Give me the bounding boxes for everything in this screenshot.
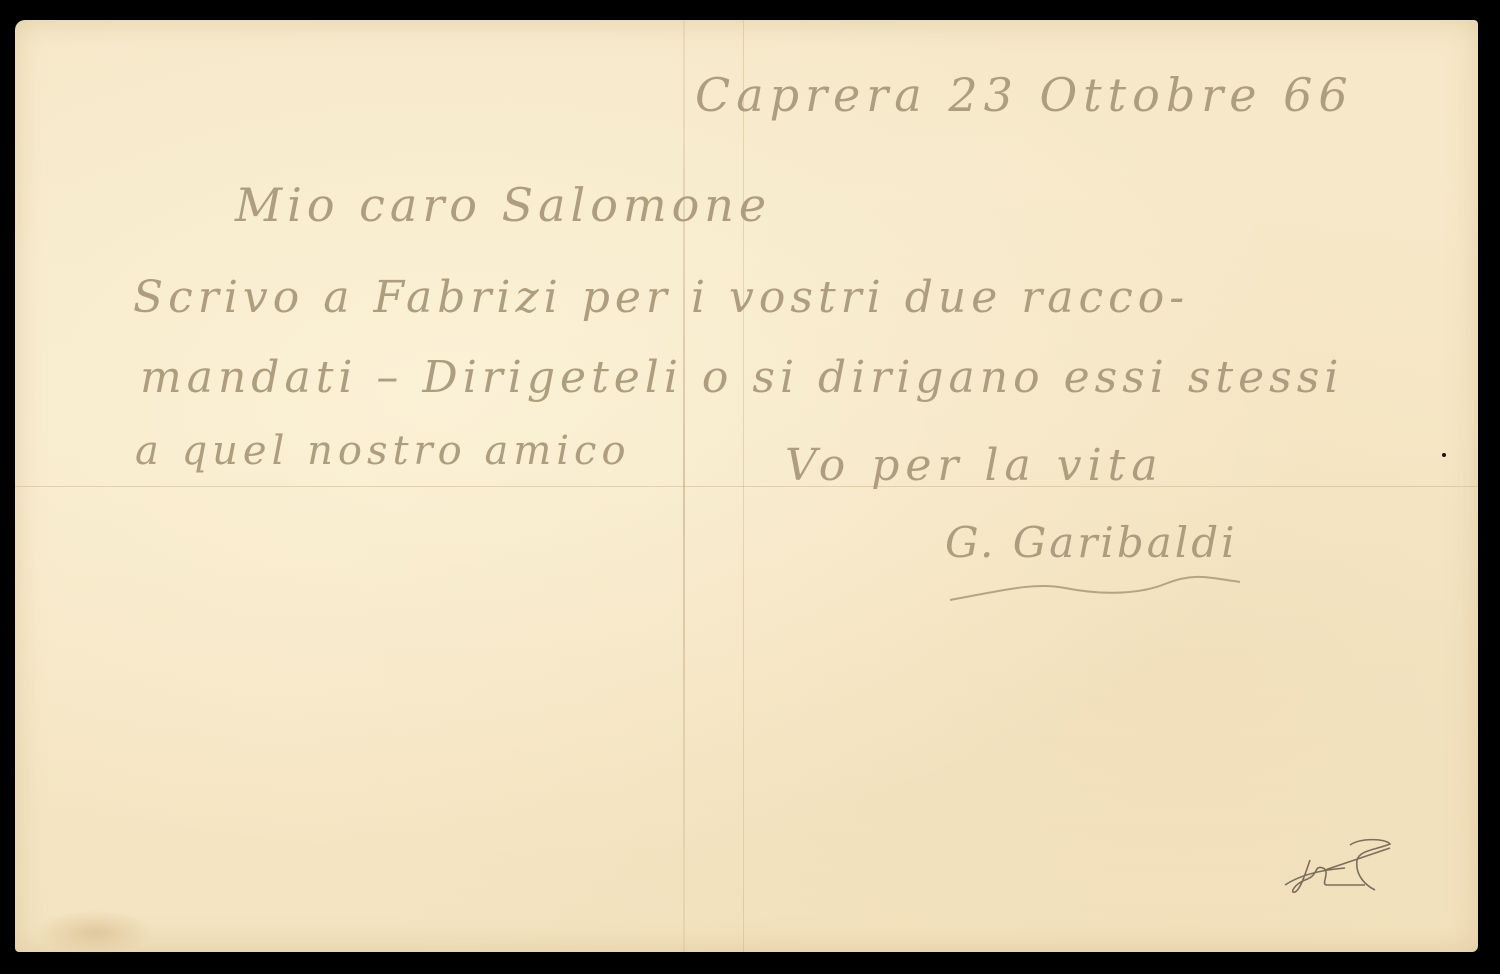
paper-stain	[35, 910, 155, 955]
signature-flourish-icon	[945, 570, 1245, 610]
signature: G. Garibaldi	[945, 518, 1238, 567]
salutation: Mio caro Salomone	[235, 178, 771, 232]
body-line-2: mandati – Dirigeteli o si dirigano essi …	[140, 352, 1343, 403]
letter-paper	[15, 20, 1478, 952]
body-line-1: Scrivo a Fabrizi per i vostri due racco-	[133, 272, 1189, 323]
dateline: Caprera 23 Ottobre 66	[695, 68, 1354, 122]
collector-monogram-icon	[1265, 830, 1405, 905]
horizontal-fold-crease	[15, 486, 1478, 487]
scanned-document: Caprera 23 Ottobre 66 Mio caro Salomone …	[0, 0, 1500, 974]
closing: Vo per la vita	[785, 440, 1164, 491]
ink-speck	[1442, 453, 1446, 457]
body-line-3: a quel nostro amico	[135, 428, 631, 474]
